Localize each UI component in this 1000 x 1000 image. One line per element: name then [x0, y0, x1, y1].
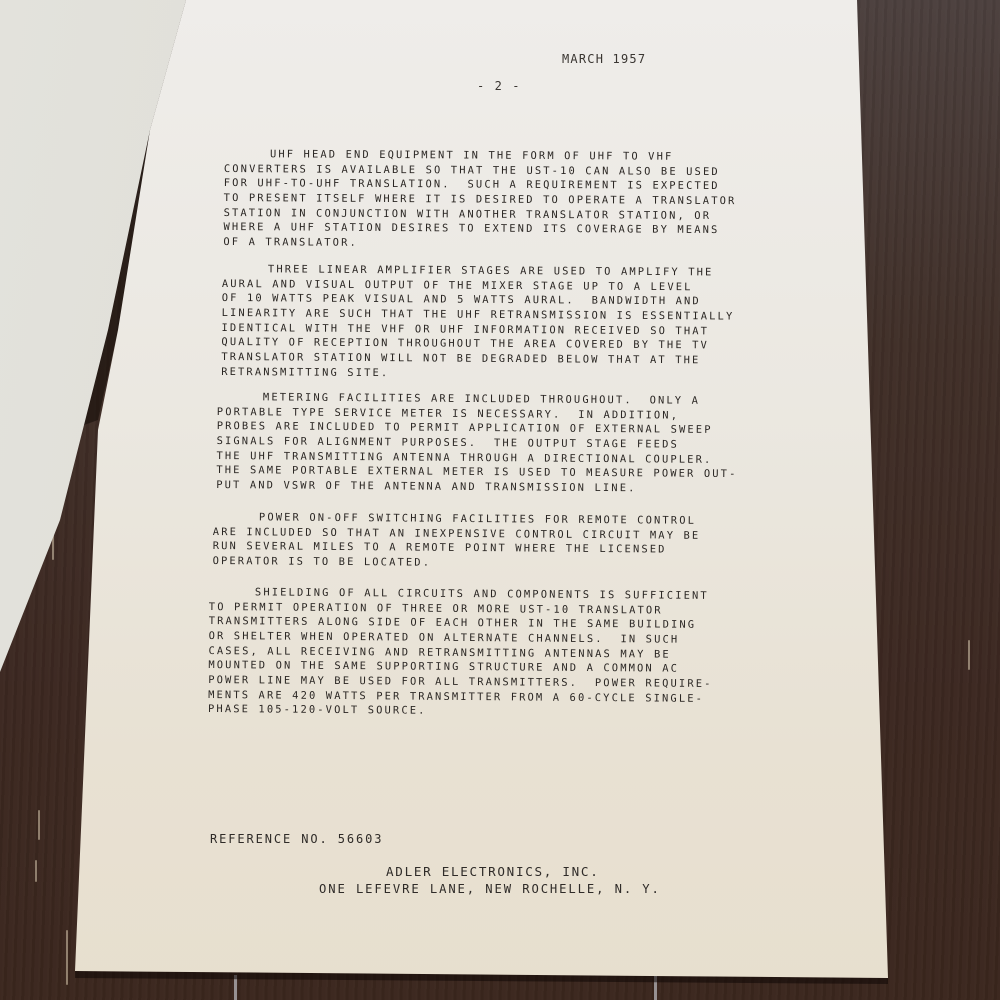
- reference-number: REFERENCE NO. 56603: [210, 832, 383, 846]
- paragraph-shielding: SHIELDING OF ALL CIRCUITS AND COMPONENTS…: [208, 585, 713, 721]
- paragraph-metering: METERING FACILITIES ARE INCLUDED THROUGH…: [216, 390, 738, 497]
- table-scratch: [66, 930, 68, 985]
- paragraph-uhf-head-end: UHF HEAD END EQUIPMENT IN THE FORM OF UH…: [223, 147, 736, 253]
- company-address: ONE LEFEVRE LANE, NEW ROCHELLE, N. Y.: [319, 882, 661, 896]
- paragraph-linear-amplifier: THREE LINEAR AMPLIFIER STAGES ARE USED T…: [221, 262, 735, 383]
- table-scratch: [35, 860, 37, 882]
- company-name: ADLER ELECTRONICS, INC.: [386, 864, 600, 879]
- document-date: MARCH 1957: [562, 52, 646, 66]
- page-number: - 2 -: [477, 79, 521, 93]
- table-scratch: [38, 810, 40, 840]
- paragraph-remote-control: POWER ON-OFF SWITCHING FACILITIES FOR RE…: [213, 510, 701, 572]
- table-scratch: [968, 640, 970, 670]
